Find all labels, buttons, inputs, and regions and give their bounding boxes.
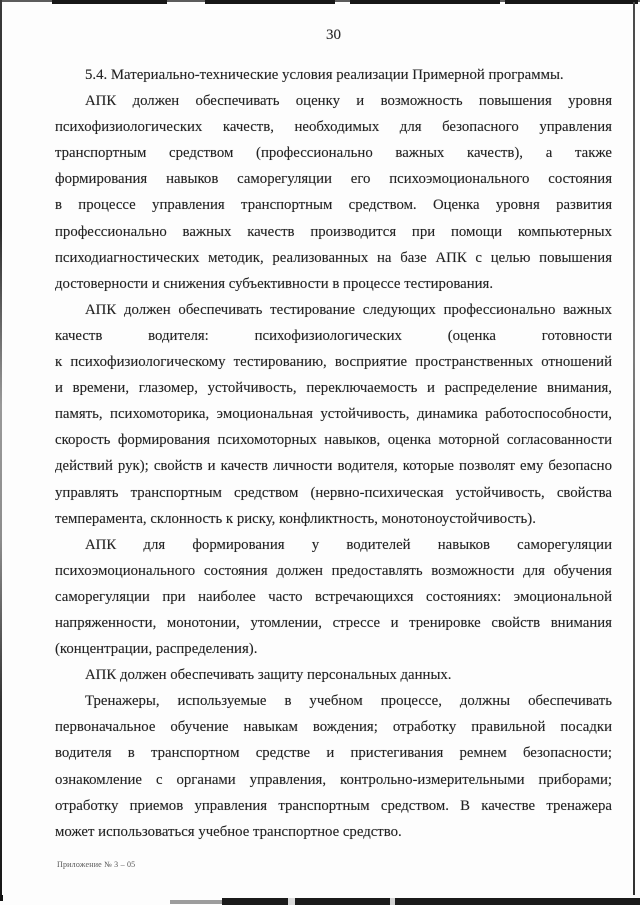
- paragraph-line: скорость формирования психомоторных навы…: [55, 427, 612, 453]
- paragraph-line: может использоваться учебное транспортно…: [55, 819, 612, 845]
- scan-edge-corner-mark: [0, 895, 3, 901]
- scan-edge-right: [633, 2, 635, 895]
- paragraph-line: первоначальное обучение навыкам вождения…: [55, 714, 612, 740]
- paragraph-line: темперамента, склонность к риску, конфли…: [55, 506, 612, 532]
- page-number: 30: [55, 27, 612, 44]
- paragraph-line: управлять транспортным средством (нервно…: [55, 480, 612, 506]
- paragraph-line: АПК для формирования у водителей навыков…: [55, 532, 612, 558]
- paragraph-line: психофизиологических качеств, необходимы…: [55, 114, 612, 140]
- paragraph-line: ознакомление с органами управления, конт…: [55, 767, 612, 793]
- scan-edge-top-segment: [205, 0, 335, 4]
- paragraph-line: (концентрации, распределения).: [55, 636, 612, 662]
- paragraph-line: напряженности, монотонии, утомлении, стр…: [55, 610, 612, 636]
- scan-edge-left: [0, 0, 2, 901]
- paragraph-line: психодиагностических методик, реализован…: [55, 245, 612, 271]
- paragraph-line: транспортным средством (профессионально …: [55, 140, 612, 166]
- paragraph-line: и времени, глазомер, устойчивость, перек…: [55, 375, 612, 401]
- scan-edge-top-segment: [52, 0, 167, 4]
- scan-edge-bottom-gap: [288, 898, 295, 905]
- paragraph-line: профессионально важных качеств производи…: [55, 219, 612, 245]
- paragraph-line: к психофизиологическому тестированию, во…: [55, 349, 612, 375]
- paragraph-line: память, психомоторика, эмоциональная уст…: [55, 401, 612, 427]
- paragraph-line: саморегуляции при наиболее часто встреча…: [55, 584, 612, 610]
- paragraph-line: АПК должен обеспечивать оценку и возможн…: [55, 88, 612, 114]
- section-heading: 5.4. Материально-технические условия реа…: [55, 62, 612, 88]
- scanned-document-page: 30 5.4. Материально-технические условия …: [0, 0, 640, 905]
- paragraph-line: действий рук); свойств и качеств личност…: [55, 453, 612, 479]
- paragraph-line: качеств водителя: психофизиологических (…: [55, 323, 612, 349]
- paragraph-line: формирования навыков саморегуляции его п…: [55, 166, 612, 192]
- paragraph-line: достоверности и снижения субъективности …: [55, 271, 612, 297]
- paragraph-line: водителя в транспортном средстве и прист…: [55, 740, 612, 766]
- paragraph-line: психоэмоционального состояния должен пре…: [55, 558, 612, 584]
- scan-edge-top-segment: [350, 0, 500, 4]
- footer-note: Приложение № 3 – 05: [57, 860, 135, 869]
- paragraph-line: отработку приемов управления транспортны…: [55, 793, 612, 819]
- paragraph-line: АПК должен обеспечивать тестирование сле…: [55, 297, 612, 323]
- scan-edge-bottom-gap: [390, 898, 395, 905]
- scan-edge-bottom: [170, 900, 225, 904]
- paragraph-line: АПК должен обеспечивать защиту персональ…: [55, 662, 612, 688]
- scan-edge-bottom: [222, 898, 640, 905]
- paragraph-line: в процессе управления транспортным средс…: [55, 192, 612, 218]
- scan-edge-top-segment: [505, 0, 638, 4]
- paragraph-line: Тренажеры, используемые в учебном процес…: [55, 688, 612, 714]
- document-body: 5.4. Материально-технические условия реа…: [55, 62, 612, 845]
